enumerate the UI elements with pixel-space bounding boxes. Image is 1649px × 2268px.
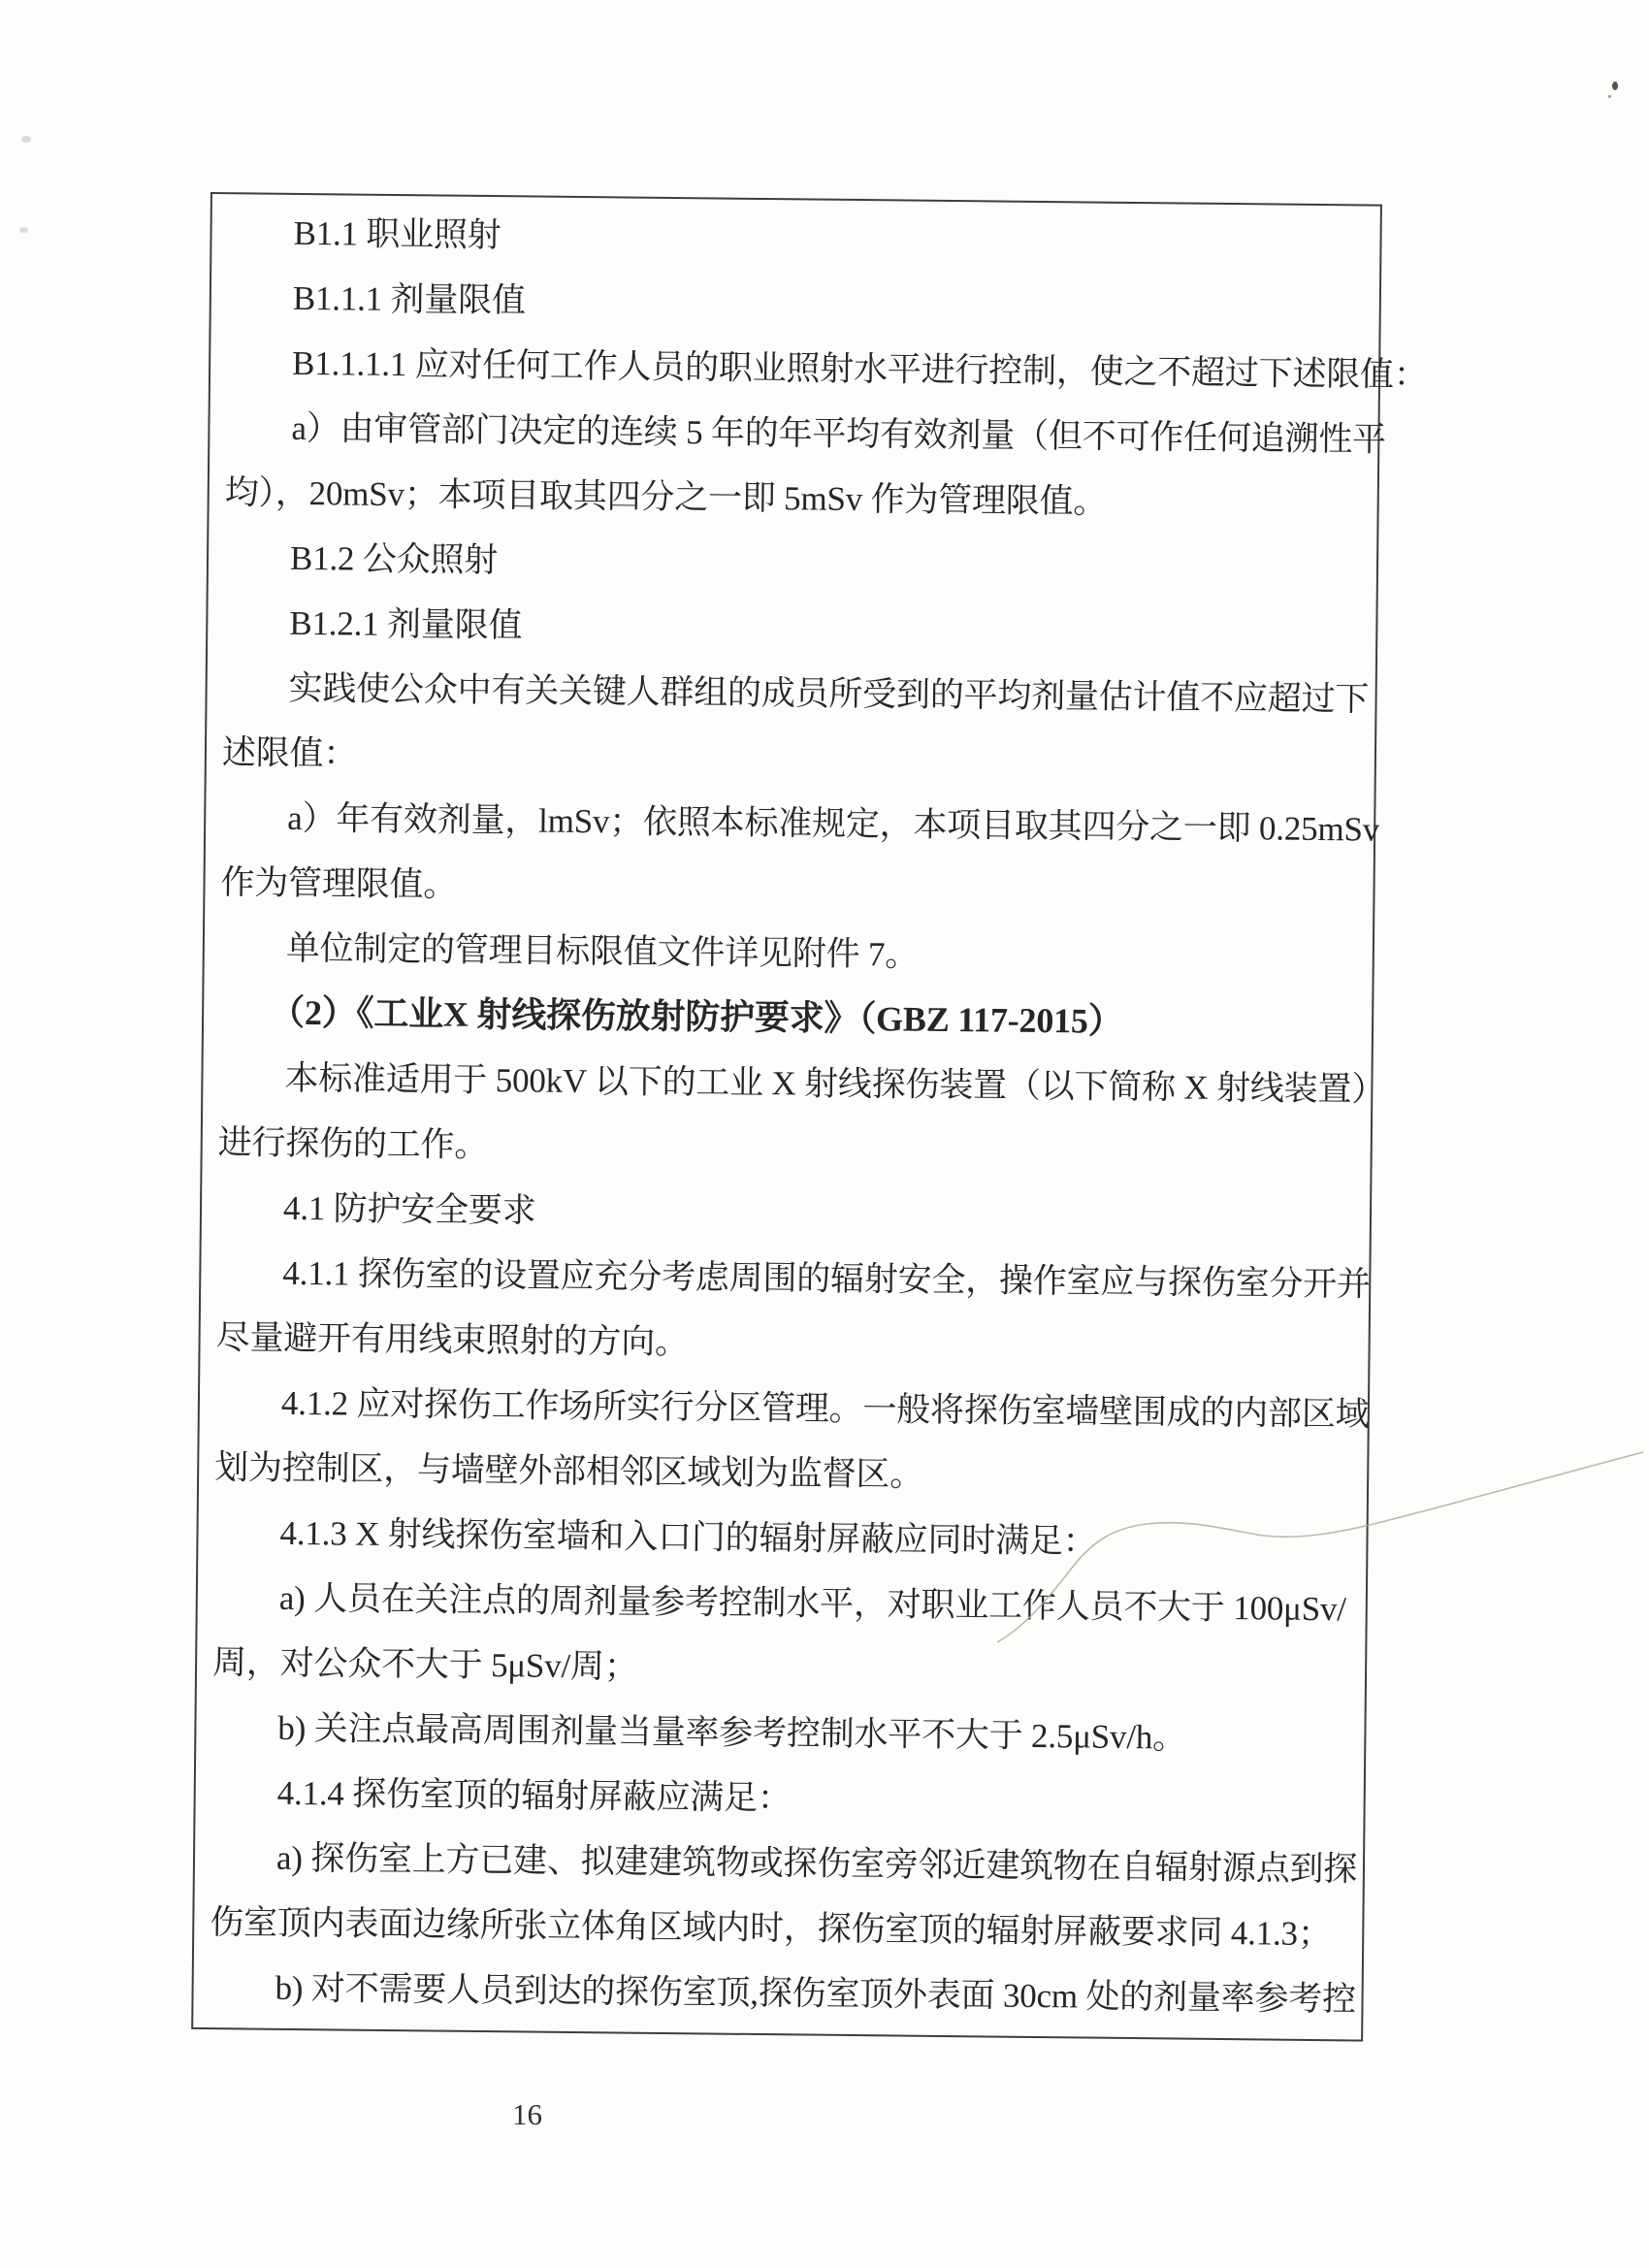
scan-speck-left-margin-1 (21, 136, 31, 143)
text-line: 伤室顶内表面边缘所张立体角区域内时，探伤室顶的辐射屏蔽要求同 4.1.3； (210, 1890, 1353, 1966)
text-line: b) 关注点最高周围剂量当量率参考控制水平不大于 2.5μSv/h。 (211, 1695, 1355, 1771)
text-line: b) 对不需要人员到达的探伤室顶,探伤室顶外表面 30cm 处的剂量率参考控 (209, 1955, 1352, 2031)
text-line: 本标准适用于 500kV 以下的工业 X 射线探伤装置（以下简称 X 射线装置） (218, 1045, 1362, 1121)
text-line: 述限值： (222, 720, 1366, 796)
text-line: 4.1.2 应对探伤工作场所实行分区管理。一般将探伤室墙壁围成的内部区域 (215, 1370, 1359, 1446)
text-line: a）由审管部门决定的连续 5 年的年平均有效剂量（但不可作任何追溯性平 (225, 395, 1369, 471)
text-line: B1.1 职业照射 (227, 200, 1371, 276)
text-line: a) 探伤室上方已建、拟建建筑物或探伤室旁邻近建筑物在自辐射源点到探 (210, 1825, 1354, 1901)
text-line: 单位制定的管理目标限值文件详见附件 7。 (219, 915, 1363, 991)
text-line: B1.2.1 剂量限值 (223, 590, 1367, 666)
document-border-box: B1.1 职业照射B1.1.1 剂量限值B1.1.1.1 应对任何工作人员的职业… (191, 192, 1382, 2042)
text-line: 4.1.4 探伤室顶的辐射屏蔽应满足： (210, 1760, 1354, 1836)
text-line: 周，对公众不大于 5μSv/周； (212, 1630, 1356, 1706)
text-line: 进行探伤的工作。 (217, 1110, 1361, 1186)
text-line: 4.1.1 探伤室的设置应充分考虑周围的辐射安全，操作室应与探伤室分开并 (216, 1240, 1360, 1316)
text-line: B1.1.1.1 应对任何工作人员的职业照射水平进行控制，使之不超过下述限值： (226, 330, 1370, 406)
text-line: B1.2 公众照射 (224, 525, 1368, 601)
text-line: 4.1.3 X 射线探伤室墙和入口门的辐射屏蔽应同时满足： (213, 1500, 1357, 1576)
scanned-page: B1.1 职业照射B1.1.1 剂量限值B1.1.1.1 应对任何工作人员的职业… (0, 0, 1649, 2268)
heading-line: （2）《工业X 射线探伤放射防护要求》（GBZ 117-2015） (219, 980, 1363, 1056)
text-line: a）年有效剂量，lmSv；依照本标准规定，本项目取其四分之一即 0.25mSv (221, 785, 1365, 861)
text-line: 尽量避开有用线束照射的方向。 (215, 1305, 1359, 1381)
scan-speck-left-margin-2 (19, 227, 28, 233)
scan-speck-top-right (1612, 81, 1618, 90)
text-line: 4.1 防护安全要求 (217, 1175, 1361, 1251)
text-line: a) 人员在关注点的周剂量参考控制水平，对职业工作人员不大于 100μSv/ (212, 1565, 1356, 1641)
text-line: 划为控制区，与墙壁外部相邻区域划为监督区。 (214, 1435, 1358, 1511)
document-content: B1.1 职业照射B1.1.1 剂量限值B1.1.1.1 应对任何工作人员的职业… (193, 194, 1380, 2040)
text-line: B1.1.1 剂量限值 (227, 265, 1371, 341)
page-number: 16 (512, 2097, 542, 2132)
text-line: 实践使公众中有关关键人群组的成员所受到的平均剂量估计值不应超过下 (222, 655, 1366, 731)
scan-speck-top-right-2 (1608, 95, 1611, 98)
text-line: 均），20mSv；本项目取其四分之一即 5mSv 作为管理限值。 (224, 460, 1368, 536)
text-line: 作为管理限值。 (220, 850, 1364, 926)
